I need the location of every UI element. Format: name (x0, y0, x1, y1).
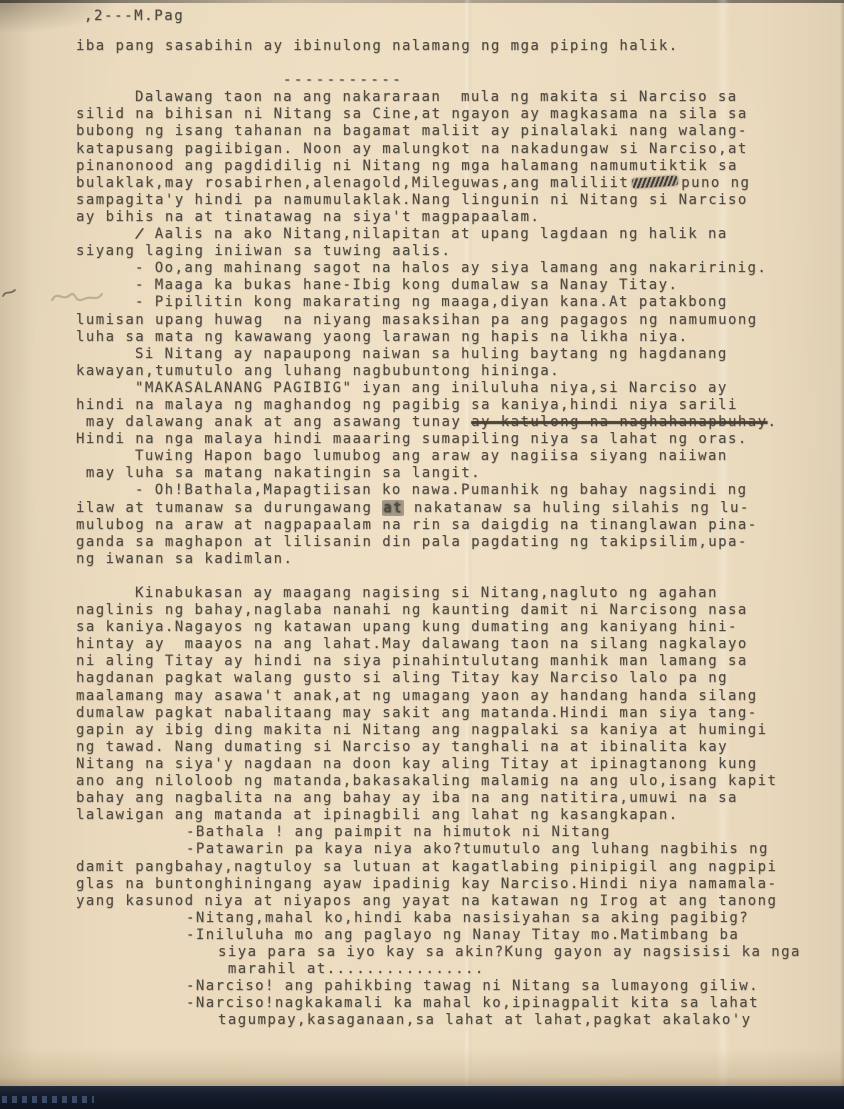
typewritten-text: ni aling Titay ay hindi na siya pinahint… (76, 653, 748, 669)
blank-line (76, 568, 818, 585)
typewritten-text: Aalis na ako Nitang,nilapitan at upang l… (145, 226, 728, 242)
paper-bottom-shading (0, 1048, 844, 1086)
typewritten-line: gapin ay ibig ding makita ni Nitang ang … (76, 722, 818, 739)
typewritten-line: bulaklak,may rosabirhen,alenagold,Milegu… (76, 175, 818, 192)
typewritten-line: sampagita'y hindi pa namumulaklak.Nang l… (76, 192, 818, 209)
typewritten-line: siyang laging iniiwan sa tuwing aalis. (76, 243, 818, 260)
typewritten-text: ----------- (283, 72, 403, 88)
typewritten-text: - Oo,ang mahinang sagot na halos ay siya… (135, 260, 767, 276)
typewritten-text: . (768, 414, 778, 430)
typewritten-text: yang kasunod niya at niyapos ang yayat n… (76, 893, 777, 909)
typewritten-line: kawayan,tumutulo ang luhang nagbubuntong… (76, 363, 818, 380)
pencil-margin-mark (48, 282, 106, 314)
typewritten-text: bulaklak,may rosabirhen,alenagold,Milegu… (76, 175, 629, 191)
typewritten-line: -Bathala ! ang paimpit na himutok ni Nit… (76, 824, 818, 841)
typewritten-line: Hindi na nga malaya hindi maaaring sumap… (76, 431, 818, 448)
typewritten-text: bahay ang nagbalita na ang bahay ay iba … (76, 790, 738, 806)
typewritten-line: - Oo,ang mahinang sagot na halos ay siya… (76, 260, 818, 277)
overstruck-word: at (382, 500, 404, 516)
typewritten-text: -Narciso! ang pahikbing tawag ni Nitang … (186, 978, 759, 994)
typewritten-line: Kinabukasan ay maagang nagising si Nitan… (76, 585, 818, 602)
typewritten-text: marahil at................ (218, 961, 485, 977)
typewritten-text: Nitang na siya'y nagdaan na doon kay ali… (76, 756, 758, 772)
typewritten-text: -Narciso!nagkakamali ka mahal ko,ipinagp… (186, 995, 759, 1011)
typewritten-line: glas na buntonghiningang ayaw ipadinig k… (76, 876, 818, 893)
scan-edge-top (0, 0, 844, 3)
typewritten-text: -Iniluluha mo ang paglayo ng Nanay Titay… (186, 927, 739, 943)
typewritten-text: pinanonood ang pagdidilig ni Nitang ng m… (76, 158, 738, 174)
typewritten-text: Si Nitang ay napaupong naiwan sa huling … (135, 346, 728, 362)
typewritten-text: iba pang sasabihin ay ibinulong nalamang… (76, 38, 679, 54)
typewritten-text: dumalaw pagkat nabalitaang may sakit ang… (76, 705, 758, 721)
typewritten-line: ano ang niloloob ng matanda,bakasakaling… (76, 773, 818, 790)
typewritten-line: -Narciso! ang pahikbing tawag ni Nitang … (76, 978, 818, 995)
typewritten-line: maalamang may asawa't anak,at ng umagang… (76, 688, 818, 705)
typewritten-text: ay bihis na at tinatawag na siya't magpa… (76, 209, 540, 225)
typewritten-line: bahay ang nagbalita na ang bahay ay iba … (76, 790, 818, 807)
typewritten-line: siya para sa iyo kay sa akin?Kung gayon … (76, 944, 818, 961)
typewritten-text: siya para sa iyo kay sa akin?Kung gayon … (218, 944, 801, 960)
typewritten-line: damit pangbahay,nagtuloy sa lutuan at ka… (76, 859, 818, 876)
typewritten-line: -Iniluluha mo ang paglayo ng Nanay Titay… (76, 927, 818, 944)
typewritten-text: glas na buntonghiningang ayaw ipadinig k… (76, 876, 777, 892)
typewritten-text: hindi na malaya ng maghandog ng pagibig … (76, 397, 738, 413)
typewritten-text: bubong ng isang tahanan na bagamat malii… (76, 123, 748, 139)
typewritten-line: -Narciso!nagkakamali ka mahal ko,ipinagp… (76, 995, 818, 1012)
page-number-header: ,2---M.Pag (84, 8, 184, 24)
typewritten-text: siyang laging iniiwan sa tuwing aalis. (76, 243, 451, 259)
scanned-typewritten-page: ,2---M.Pag iba pang sasabihin ay ibinulo… (0, 0, 844, 1109)
typewritten-line: sa kaniya.Nagayos ng katawan upang kung … (76, 619, 818, 636)
typewritten-line: "MAKASALANANG PAGIBIG" iyan ang iniluluh… (76, 380, 818, 397)
typewritten-line: marahil at................ (76, 961, 818, 978)
typewritten-line: hindi na malaya ng maghandog ng pagibig … (76, 397, 818, 414)
typewritten-text: "MAKASALANANG PAGIBIG" iyan ang iniluluh… (135, 380, 728, 396)
typewritten-line: pinanonood ang pagdidilig ni Nitang ng m… (76, 158, 818, 175)
page-body: iba pang sasabihin ay ibinulong nalamang… (76, 38, 818, 1029)
typewritten-text: ilaw at tumanaw sa durungawang (76, 500, 382, 516)
typewritten-line: Dalawang taon na ang nakararaan mula ng … (76, 89, 818, 106)
typewritten-text: luha sa mata ng kawawang yaong larawan n… (76, 329, 688, 345)
scan-edge-bottom (0, 1086, 844, 1109)
typewritten-line: may dalawang anak at ang asawang tunay a… (76, 414, 818, 431)
typewritten-line: may luha sa matang nakatingin sa langit. (76, 465, 818, 482)
blank-line (76, 55, 818, 72)
typewritten-text: damit pangbahay,nagtuloy sa lutuan at ka… (76, 859, 777, 875)
typewritten-text: lumisan upang huwag na niyang masaksihan… (76, 312, 758, 328)
scribble-strikeout (632, 175, 679, 188)
typewritten-text: -Bathala ! ang paimpit na himutok ni Nit… (186, 824, 611, 840)
typewritten-text: - Maaga ka bukas hane-Ibig kong dumalaw … (135, 277, 678, 293)
typewritten-line: yang kasunod niya at niyapos ang yayat n… (76, 893, 818, 910)
typewritten-text: hintay ay maayos na ang lahat.May dalawa… (76, 636, 748, 652)
typewritten-line: ng tawad. Nang dumating si Narciso ay ta… (76, 739, 818, 756)
typewritten-line: Nitang na siya'y nagdaan na doon kay ali… (76, 756, 818, 773)
typewritten-text: silid na bihisan ni Nitang sa Cine,at ng… (76, 106, 748, 122)
typewritten-line: Si Nitang ay napaupong naiwan sa huling … (76, 346, 818, 363)
typewritten-text: - Oh!Bathala,Mapagtiisan ko nawa.Pumanhi… (135, 482, 747, 498)
typewritten-text: ganda sa maghapon at lilisanin din pala … (76, 534, 748, 550)
scan-noise (2, 1096, 94, 1103)
typewritten-line: ni aling Titay ay hindi na siya pinahint… (76, 653, 818, 670)
typewritten-line: ng iwanan sa kadimlan. (76, 551, 818, 568)
typewritten-line: ----------- (76, 72, 818, 89)
typewritten-text: naglinis ng bahay,naglaba nanahi ng kaun… (76, 602, 748, 618)
typewritten-line: silid na bihisan ni Nitang sa Cine,at ng… (76, 106, 818, 123)
typewritten-line: dumalaw pagkat nabalitaang may sakit ang… (76, 705, 818, 722)
typewritten-text: gapin ay ibig ding makita ni Nitang ang … (76, 722, 768, 738)
typewritten-text: hagdanan pagkat walang gusto si aling Ti… (76, 670, 728, 686)
typewritten-line: -Patawarin pa kaya niya ako?tumutulo ang… (76, 841, 818, 858)
typewritten-line: katapusang pagiibigan. Noon ay malungkot… (76, 141, 818, 158)
ink-margin-mark (2, 287, 18, 301)
typewritten-line: bubong ng isang tahanan na bagamat malii… (76, 123, 818, 140)
typewritten-text: puno ng (681, 175, 750, 191)
typewritten-text: - Pipilitin kong makarating ng maaga,diy… (135, 294, 728, 310)
typewritten-line: tagumpay,kasaganaan,sa lahat at lahat,pa… (76, 1012, 818, 1029)
typewritten-text: ng tawad. Nang dumating si Narciso ay ta… (76, 739, 728, 755)
typewritten-line: naglinis ng bahay,naglaba nanahi ng kaun… (76, 602, 818, 619)
typewritten-line: lumisan upang huwag na niyang masaksihan… (76, 312, 818, 329)
typewritten-text: Tuwing Hapon bago lumubog ang araw ay na… (135, 448, 728, 464)
typewritten-line: / Aalis na ako Nitang,nilapitan at upang… (76, 226, 818, 243)
typewritten-line: - Maaga ka bukas hane-Ibig kong dumalaw … (76, 277, 818, 294)
typewritten-line: hintay ay maayos na ang lahat.May dalawa… (76, 636, 818, 653)
typewritten-text: kawayan,tumutulo ang luhang nagbubuntong… (76, 363, 560, 379)
typewritten-line: ilaw at tumanaw sa durungawang at nakata… (76, 500, 818, 517)
typewritten-text: katapusang pagiibigan. Noon ay malungkot… (76, 141, 748, 157)
typewritten-line: - Pipilitin kong makarating ng maaga,diy… (76, 294, 818, 311)
typewritten-line: hagdanan pagkat walang gusto si aling Ti… (76, 670, 818, 687)
typewritten-text: tagumpay,kasaganaan,sa lahat at lahat,pa… (218, 1012, 751, 1028)
typewritten-text: nakatanaw sa huling silahis ng lu- (404, 500, 750, 516)
typewritten-text: maalamang may asawa't anak,at ng umagang… (76, 688, 758, 704)
typewritten-line: luha sa mata ng kawawang yaong larawan n… (76, 329, 818, 346)
typewritten-line: Tuwing Hapon bago lumubog ang araw ay na… (76, 448, 818, 465)
typewritten-text: Kinabukasan ay maagang nagising si Nitan… (135, 585, 718, 601)
typewritten-line: -Nitang,mahal ko,hindi kaba nasisiyahan … (76, 910, 818, 927)
typewritten-line: mulubog na araw at nagpapaalam na rin sa… (76, 517, 818, 534)
typewritten-line: ay bihis na at tinatawag na siya't magpa… (76, 209, 818, 226)
typewritten-text: mulubog na araw at nagpapaalam na rin sa… (76, 517, 758, 533)
typewritten-line: lalawigan ang matanda at ipinagbili ang … (76, 807, 818, 824)
typewritten-text: -Patawarin pa kaya niya ako?tumutulo ang… (186, 841, 769, 857)
typewritten-text: lalawigan ang matanda at ipinagbili ang … (76, 807, 679, 823)
typewritten-text: sa kaniya.Nagayos ng katawan upang kung … (76, 619, 738, 635)
struck-out-text: ay katulong na naghahanapbuhay (471, 414, 767, 430)
typewritten-text: -Nitang,mahal ko,hindi kaba nasisiyahan … (186, 910, 749, 926)
paper-edge-shadow (840, 0, 844, 1109)
typewritten-line: ganda sa maghapon at lilisanin din pala … (76, 534, 818, 551)
typewritten-line: - Oh!Bathala,Mapagtiisan ko nawa.Pumanhi… (76, 482, 818, 499)
typewritten-text: may dalawang anak at ang asawang tunay (76, 414, 471, 430)
typewritten-text: sampagita'y hindi pa namumulaklak.Nang l… (76, 192, 748, 208)
typewritten-text: ano ang niloloob ng matanda,bakasakaling… (76, 773, 777, 789)
typewritten-text: may luha sa matang nakatingin sa langit. (76, 465, 481, 481)
typewritten-text: ng iwanan sa kadimlan. (76, 551, 293, 567)
typewritten-text: Dalawang taon na ang nakararaan mula ng … (135, 89, 738, 105)
typewritten-text: Hindi na nga malaya hindi maaaring sumap… (76, 431, 748, 447)
typewritten-line: iba pang sasabihin ay ibinulong nalamang… (76, 38, 818, 55)
